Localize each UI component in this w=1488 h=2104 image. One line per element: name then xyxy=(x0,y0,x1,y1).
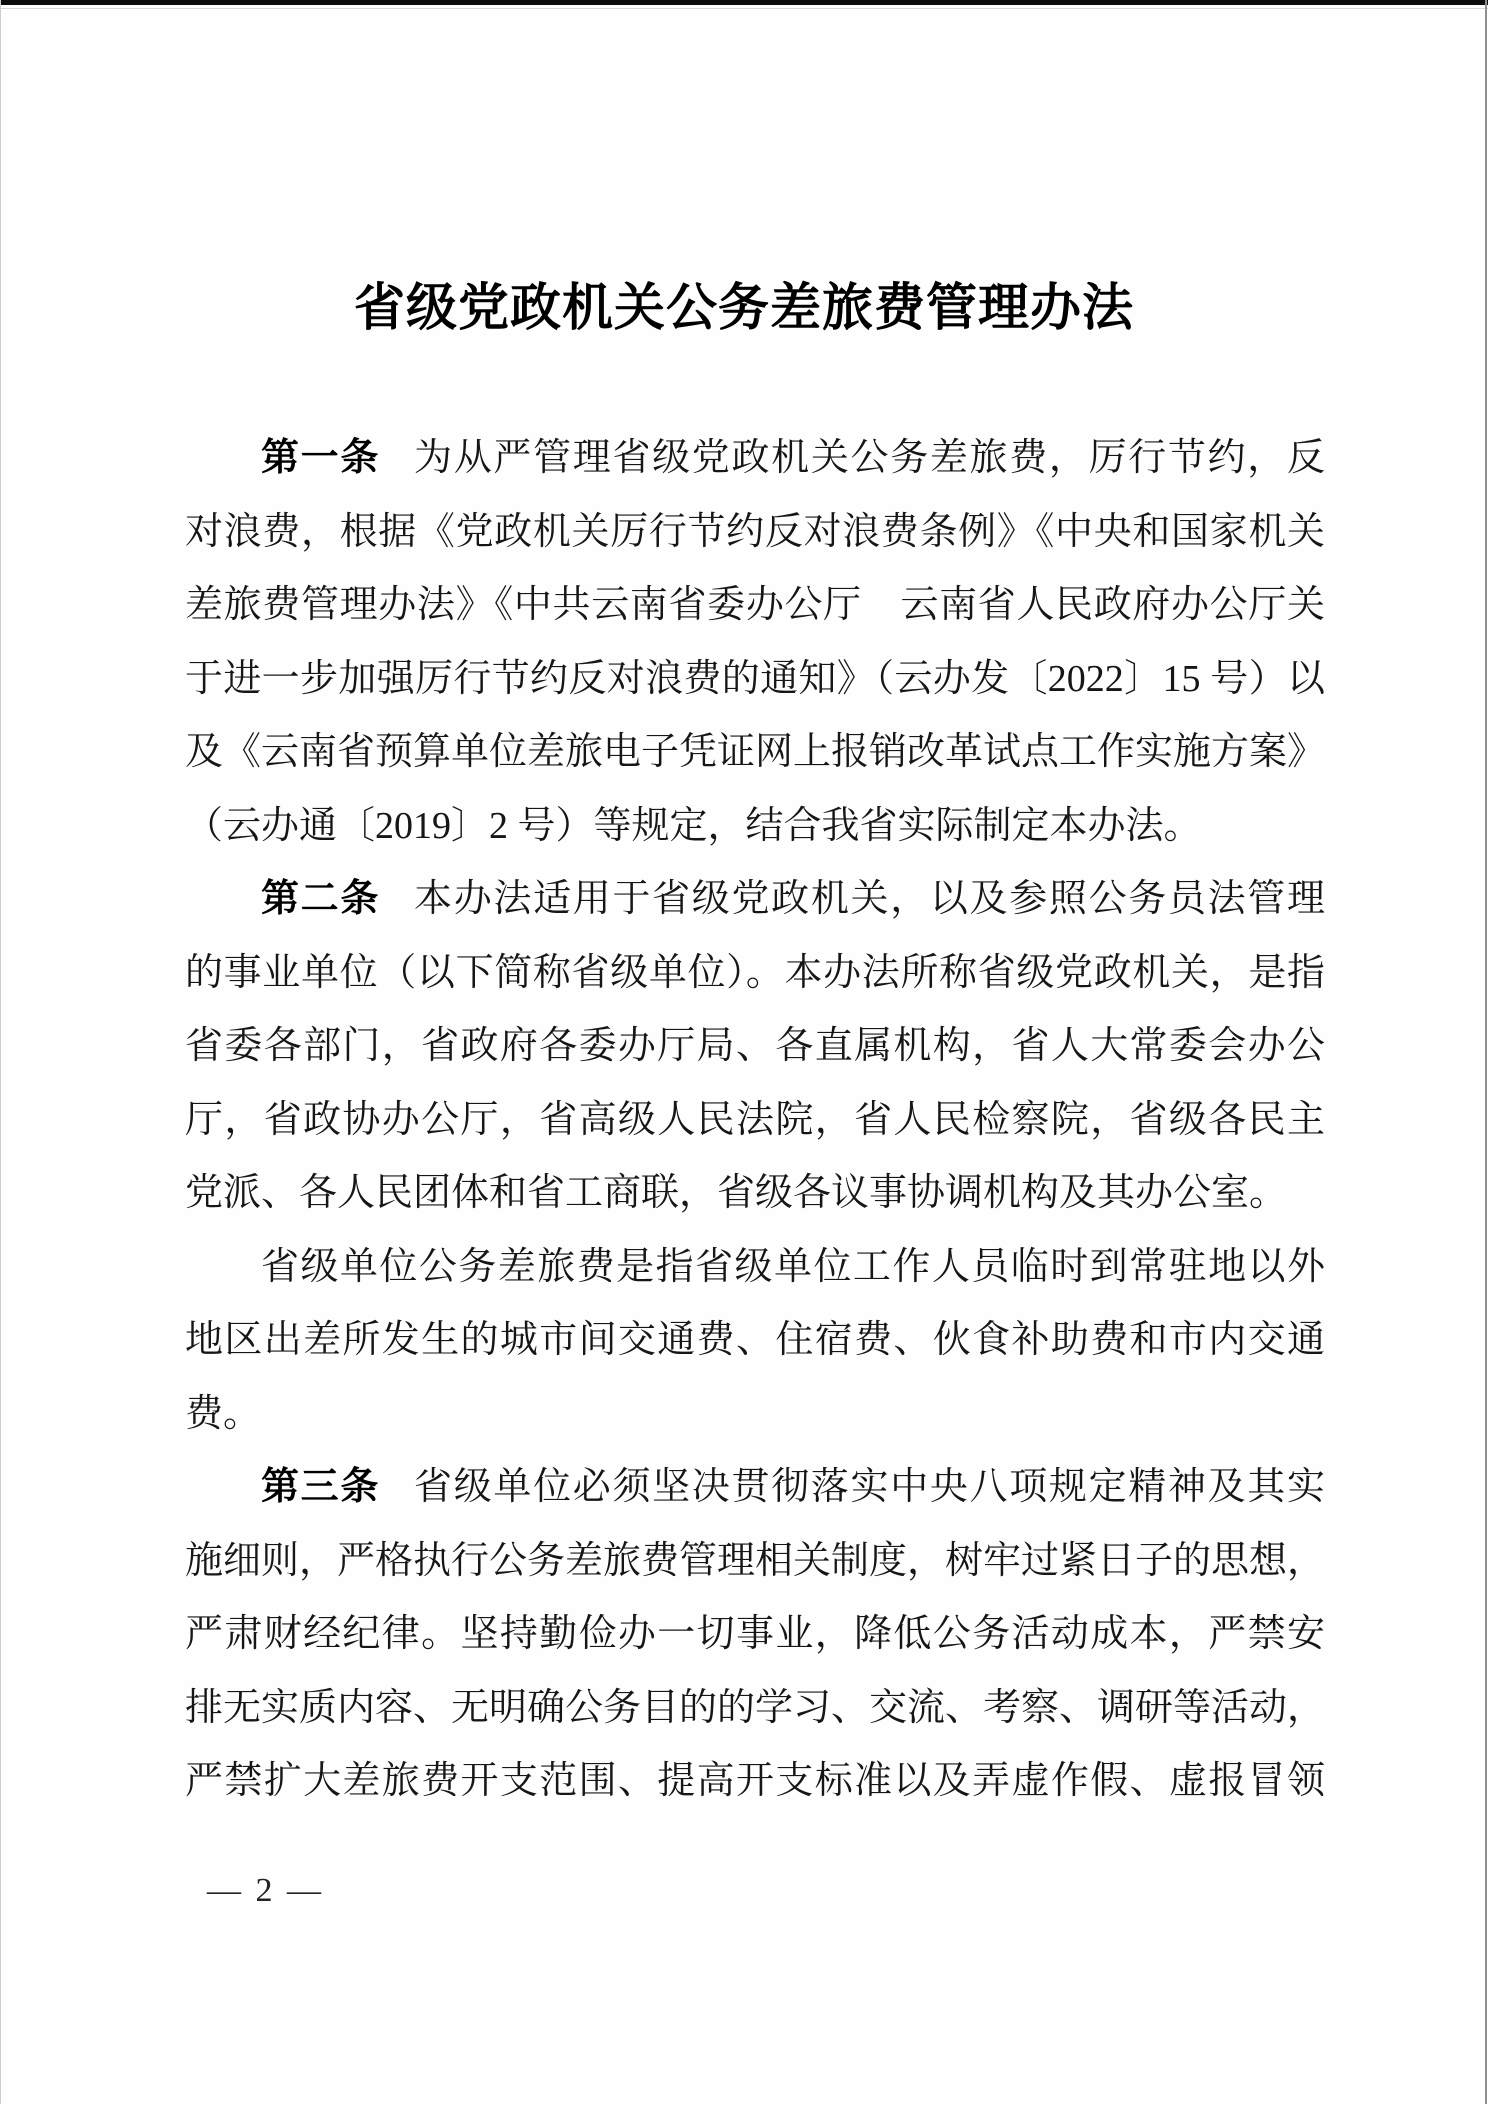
page-number: — 2 — xyxy=(207,1872,324,1910)
text-line: 费。 xyxy=(185,1378,1325,1452)
article-text: 为从严管理省级党政机关公务差旅费，厉行节约，反 xyxy=(414,437,1325,479)
article-number: 第一条 xyxy=(261,437,380,479)
document-body: 第一条为从严管理省级党政机关公务差旅费，厉行节约，反对浪费，根据《党政机关厉行节… xyxy=(185,422,1325,1819)
text-line: 省级单位公务差旅费是指省级单位工作人员临时到常驻地以外 xyxy=(185,1231,1325,1305)
scan-top-faint-line xyxy=(0,8,1488,9)
text-line: 严禁扩大差旅费开支范围、提高开支标准以及弄虚作假、虚报冒领 xyxy=(185,1745,1325,1819)
article-text: 本办法适用于省级党政机关，以及参照公务员法管理 xyxy=(414,878,1325,920)
text-line: 地区出差所发生的城市间交通费、住宿费、伙食补助费和市内交通 xyxy=(185,1304,1325,1378)
text-line: 施细则，严格执行公务差旅费管理相关制度，树牢过紧日子的思想， xyxy=(185,1525,1325,1599)
scan-top-edge xyxy=(0,0,1488,5)
article-number: 第三条 xyxy=(261,1466,380,1508)
text-line: 省委各部门，省政府各委办厅局、各直属机构，省人大常委会办公 xyxy=(185,1010,1325,1084)
text-line: 第三条省级单位必须坚决贯彻落实中央八项规定精神及其实 xyxy=(185,1451,1325,1525)
text-line: 于进一步加强厉行节约反对浪费的通知》（云办发〔2022〕15 号）以 xyxy=(185,643,1325,717)
text-line: （云办通〔2019〕2 号）等规定，结合我省实际制定本办法。 xyxy=(185,790,1325,864)
text-line: 差旅费管理办法》《中共云南省委办公厅 云南省人民政府办公厅关 xyxy=(185,569,1325,643)
text-line: 及《云南省预算单位差旅电子凭证网上报销改革试点工作实施方案》 xyxy=(185,716,1325,790)
text-line: 排无实质内容、无明确公务目的的学习、交流、考察、调研等活动， xyxy=(185,1672,1325,1746)
article-number: 第二条 xyxy=(261,878,380,920)
text-line: 的事业单位（以下简称省级单位）。本办法所称省级党政机关，是指 xyxy=(185,937,1325,1011)
text-line: 严肃财经纪律。坚持勤俭办一切事业，降低公务活动成本，严禁安 xyxy=(185,1598,1325,1672)
text-line: 党派、各人民团体和省工商联，省级各议事协调机构及其办公室。 xyxy=(185,1157,1325,1231)
text-line: 第二条本办法适用于省级党政机关，以及参照公务员法管理 xyxy=(185,863,1325,937)
text-line: 第一条为从严管理省级党政机关公务差旅费，厉行节约，反 xyxy=(185,422,1325,496)
document-title: 省级党政机关公务差旅费管理办法 xyxy=(0,272,1488,346)
text-line: 厅，省政协办公厅，省高级人民法院，省人民检察院，省级各民主 xyxy=(185,1084,1325,1158)
article-text: 省级单位必须坚决贯彻落实中央八项规定精神及其实 xyxy=(414,1466,1325,1508)
text-line: 对浪费，根据《党政机关厉行节约反对浪费条例》《中央和国家机关 xyxy=(185,496,1325,570)
